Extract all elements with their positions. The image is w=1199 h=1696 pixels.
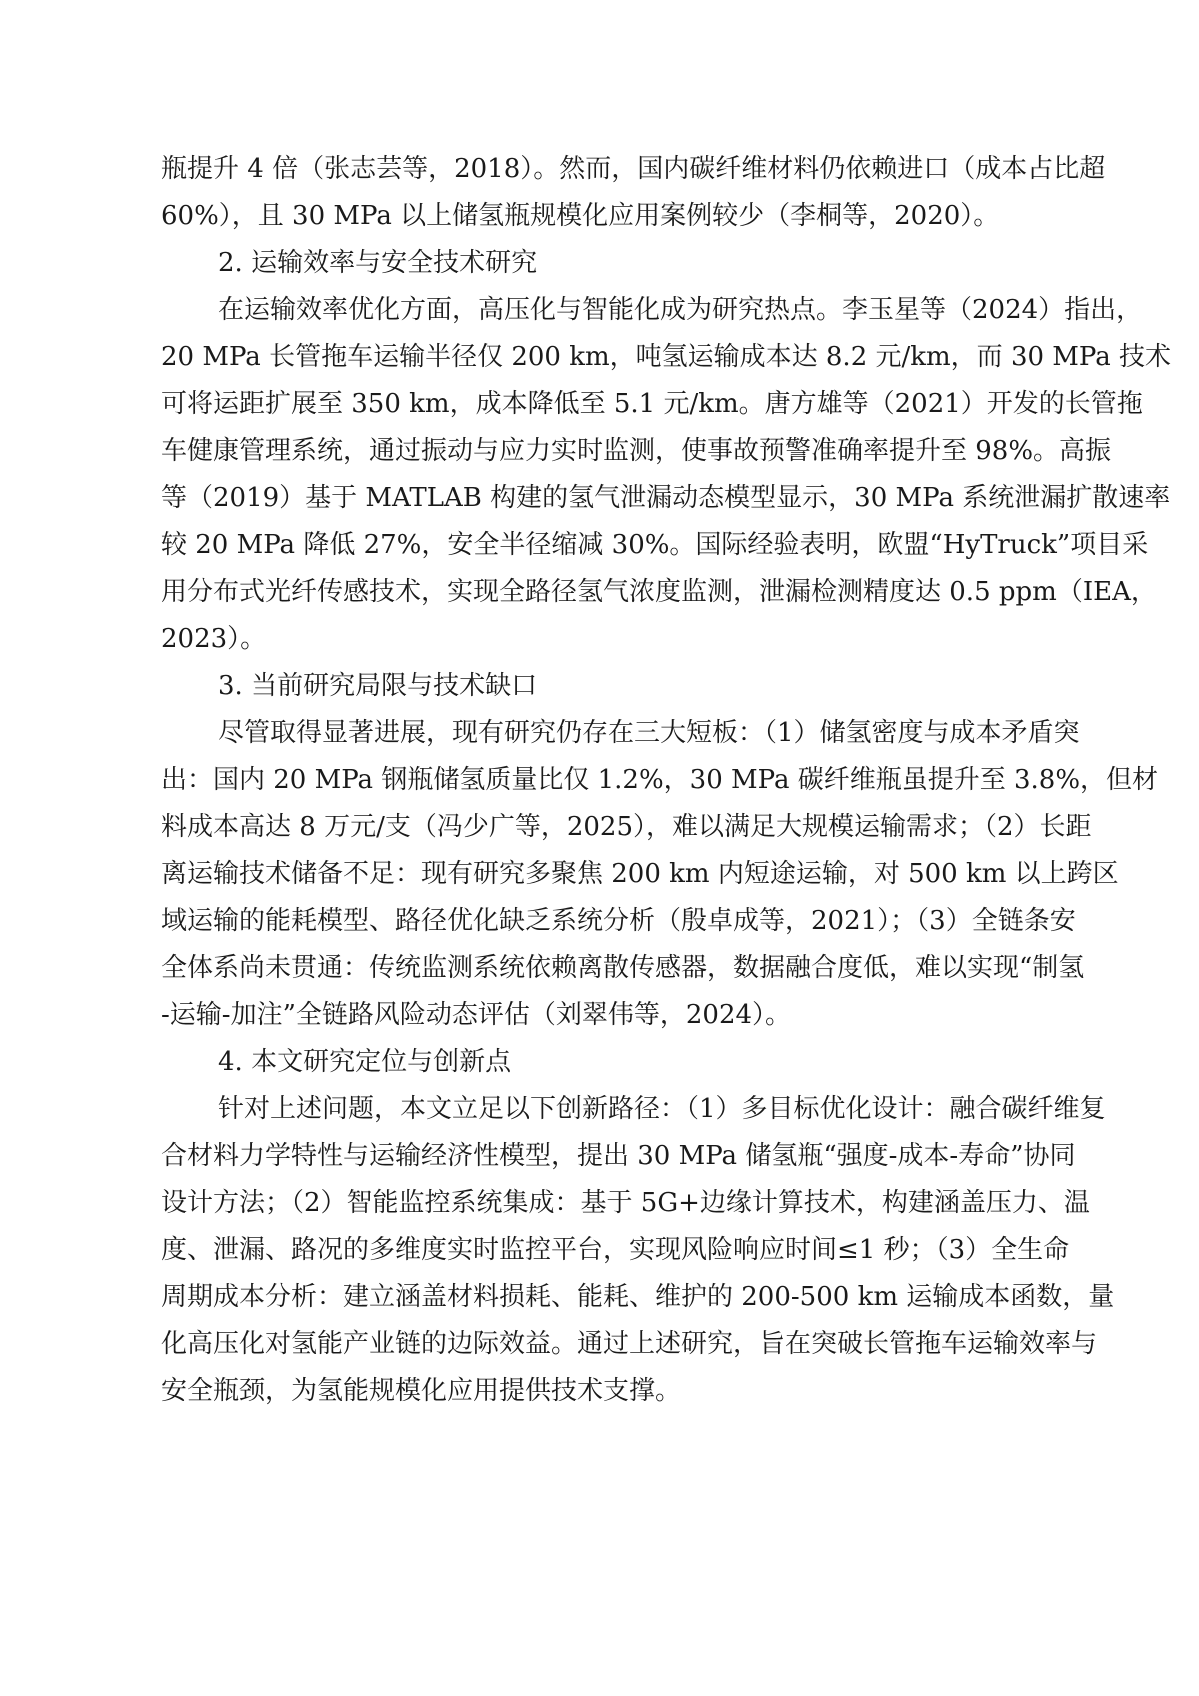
text-line: 设计方法；（2）智能监控系统集成：基于 5G+边缘计算技术，构建涵盖压力、温: [161, 1180, 1027, 1227]
text-line: 离运输技术储备不足：现有研究多聚焦 200 km 内短途运输，对 500 km …: [161, 851, 1027, 898]
text-line: 度、泄漏、路况的多维度实时监控平台，实现风险响应时间≤1 秒；（3）全生命: [161, 1227, 1027, 1274]
paragraph-continued: 瓶提升 4 倍（张志芸等，2018）。然而，国内碳纤维材料仍依赖进口（成本占比超…: [161, 146, 1027, 240]
text-line: 车健康管理系统，通过振动与应力实时监测，使事故预警准确率提升至 98%。高振: [161, 428, 1027, 475]
text-line: 全体系尚未贯通：传统监测系统依赖离散传感器，数据融合度低，难以实现“制氢: [161, 945, 1027, 992]
heading-text: 3. 当前研究局限与技术缺口: [161, 663, 1027, 710]
text-line: 出：国内 20 MPa 钢瓶储氢质量比仅 1.2%，30 MPa 碳纤维瓶虽提升…: [161, 757, 1027, 804]
heading-text: 2. 运输效率与安全技术研究: [161, 240, 1027, 287]
text-line: 60%），且 30 MPa 以上储氢瓶规模化应用案例较少（李桐等，2020）。: [161, 193, 1027, 240]
text-line: 安全瓶颈，为氢能规模化应用提供技术支撑。: [161, 1368, 1027, 1415]
section-heading-2: 2. 运输效率与安全技术研究: [161, 240, 1027, 287]
text-line: 在运输效率优化方面，高压化与智能化成为研究热点。李玉星等（2024）指出，: [161, 287, 1027, 334]
document-page: 瓶提升 4 倍（张志芸等，2018）。然而，国内碳纤维材料仍依赖进口（成本占比超…: [161, 146, 1027, 1415]
text-line: 瓶提升 4 倍（张志芸等，2018）。然而，国内碳纤维材料仍依赖进口（成本占比超: [161, 146, 1027, 193]
text-line: 尽管取得显著进展，现有研究仍存在三大短板：（1）储氢密度与成本矛盾突: [161, 710, 1027, 757]
text-line: 合材料力学特性与运输经济性模型，提出 30 MPa 储氢瓶“强度-成本-寿命”协…: [161, 1133, 1027, 1180]
paragraph-innovation-points: 针对上述问题，本文立足以下创新路径：（1）多目标优化设计：融合碳纤维复 合材料力…: [161, 1086, 1027, 1415]
text-line: 料成本高达 8 万元/支（冯少广等，2025），难以满足大规模运输需求；（2）长…: [161, 804, 1027, 851]
text-line: 20 MPa 长管拖车运输半径仅 200 km，吨氢运输成本达 8.2 元/km…: [161, 334, 1027, 381]
text-line: 2023）。: [161, 616, 1027, 663]
text-line: 化高压化对氢能产业链的边际效益。通过上述研究，旨在突破长管拖车运输效率与: [161, 1321, 1027, 1368]
text-line: 域运输的能耗模型、路径优化缺乏系统分析（殷卓成等，2021）；（3）全链条安: [161, 898, 1027, 945]
section-heading-4: 4. 本文研究定位与创新点: [161, 1039, 1027, 1086]
paragraph-transport-efficiency: 在运输效率优化方面，高压化与智能化成为研究热点。李玉星等（2024）指出， 20…: [161, 287, 1027, 663]
text-line: 针对上述问题，本文立足以下创新路径：（1）多目标优化设计：融合碳纤维复: [161, 1086, 1027, 1133]
text-line: 较 20 MPa 降低 27%，安全半径缩减 30%。国际经验表明，欧盟“HyT…: [161, 522, 1027, 569]
section-heading-3: 3. 当前研究局限与技术缺口: [161, 663, 1027, 710]
text-line: -运输-加注”全链路风险动态评估（刘翠伟等，2024）。: [161, 992, 1027, 1039]
text-line: 可将运距扩展至 350 km，成本降低至 5.1 元/km。唐方雄等（2021）…: [161, 381, 1027, 428]
text-line: 周期成本分析：建立涵盖材料损耗、能耗、维护的 200-500 km 运输成本函数…: [161, 1274, 1027, 1321]
text-line: 用分布式光纤传感技术，实现全路径氢气浓度监测，泄漏检测精度达 0.5 ppm（I…: [161, 569, 1027, 616]
text-line: 等（2019）基于 MATLAB 构建的氢气泄漏动态模型显示，30 MPa 系统…: [161, 475, 1027, 522]
heading-text: 4. 本文研究定位与创新点: [161, 1039, 1027, 1086]
paragraph-research-limitations: 尽管取得显著进展，现有研究仍存在三大短板：（1）储氢密度与成本矛盾突 出：国内 …: [161, 710, 1027, 1039]
